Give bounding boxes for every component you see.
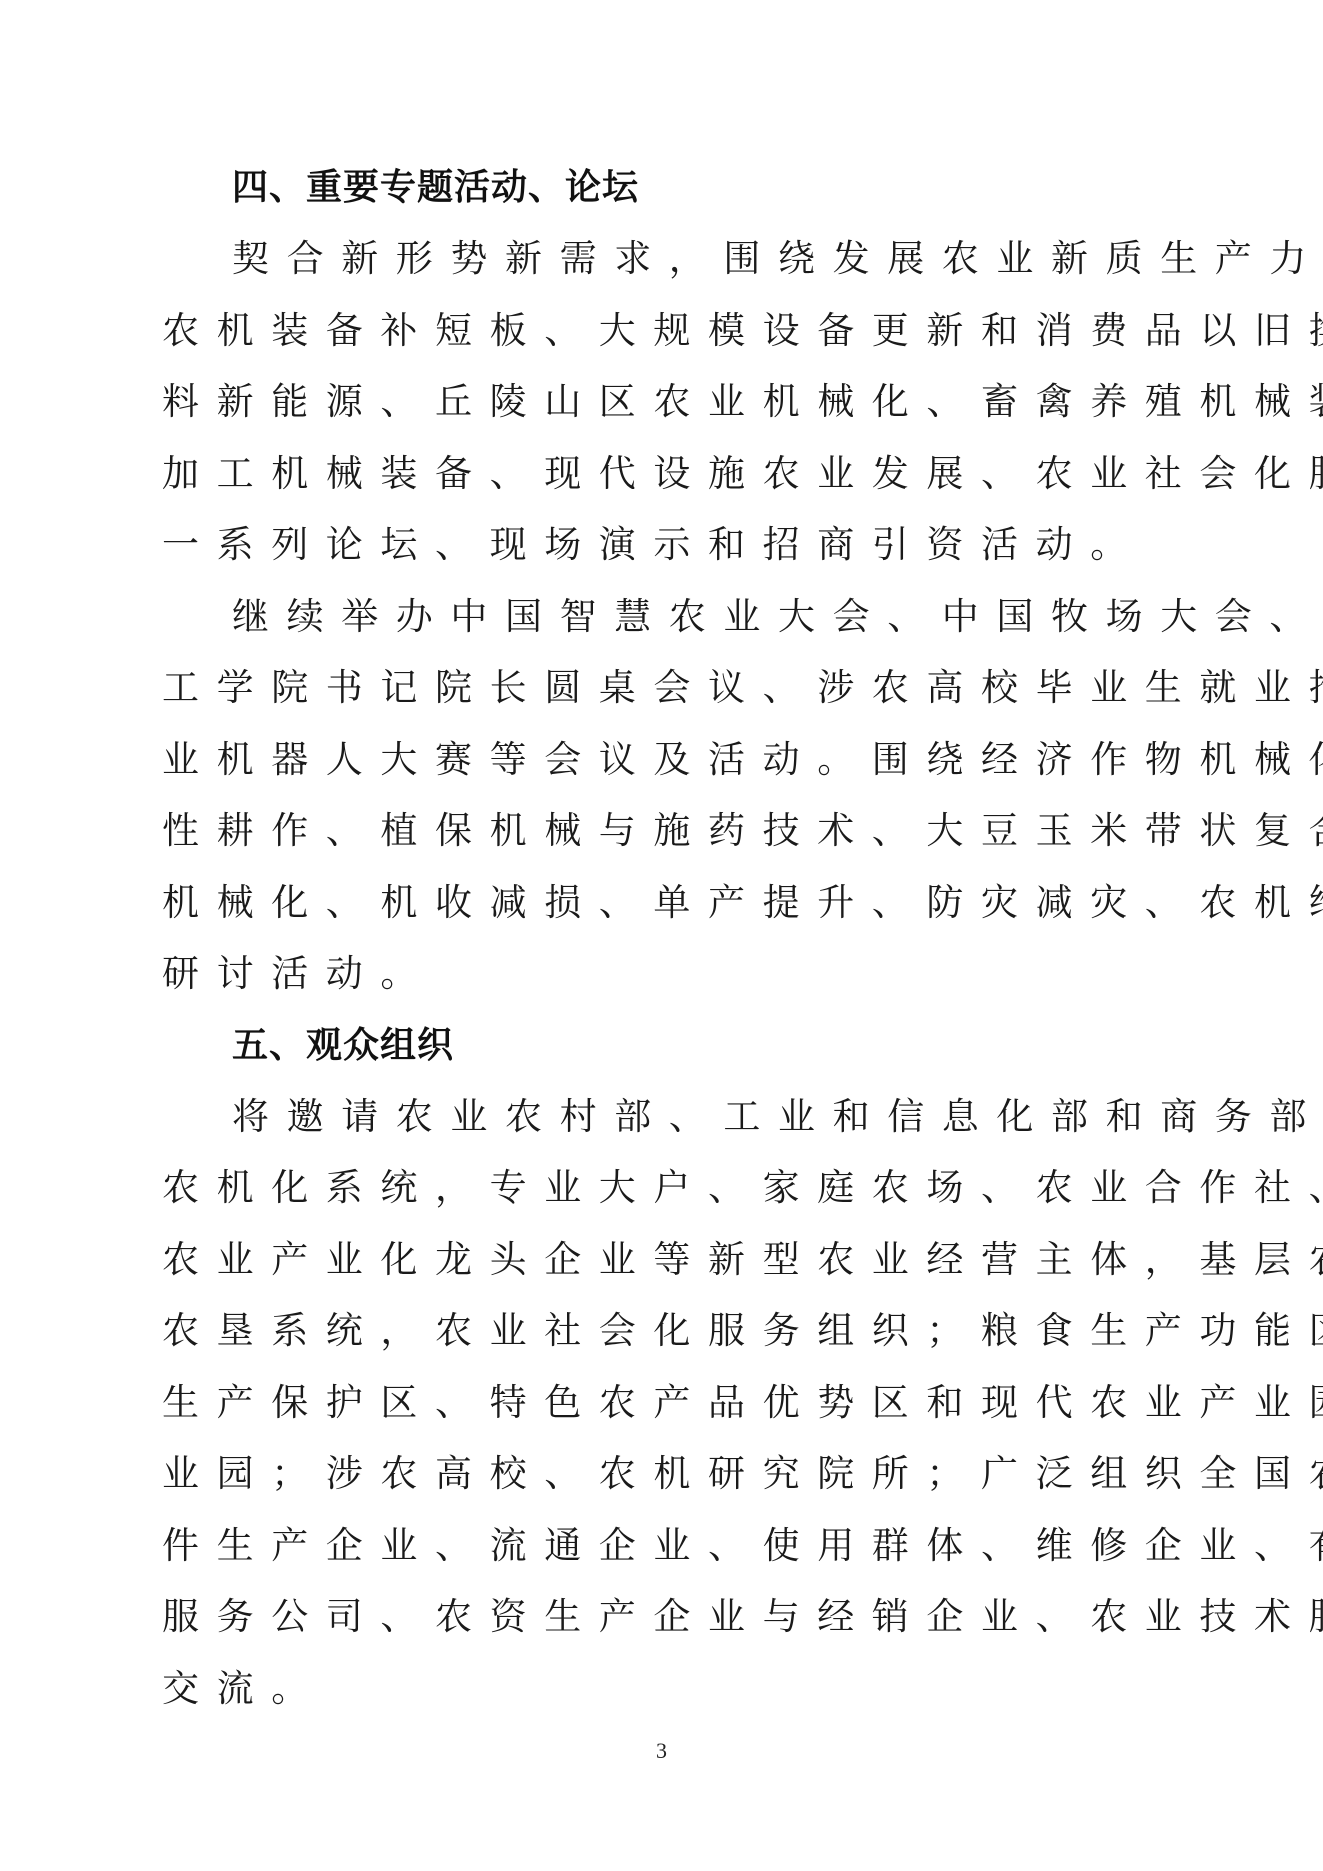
text-line: 工学院书记院长圆桌会议、涉农高校毕业生就业推荐会、中国农 xyxy=(162,652,1166,724)
text-line: 农垦系统，农业社会化服务组织；粮食生产功能区、重要农产品 xyxy=(162,1295,1166,1367)
text-line: 继续举办中国智慧农业大会、中国牧场大会、全国涉农高校 xyxy=(162,581,1166,653)
page-number: 3 xyxy=(0,1738,1323,1764)
text-line: 研讨活动。 xyxy=(162,938,1166,1010)
text-line: 业机器人大赛等会议及活动。围绕经济作物机械化、黑土地保护 xyxy=(162,724,1166,796)
text-line: 服务公司、农资生产企业与经销企业、农业技术服务公司等参会 xyxy=(162,1581,1166,1653)
text-line: 加工机械装备、现代设施农业发展、农业社会化服务等方面举办 xyxy=(162,438,1166,510)
text-line: 业园；涉农高校、农机研究院所；广泛组织全国农机整机与零部 xyxy=(162,1438,1166,1510)
text-line: 交流。 xyxy=(162,1653,1166,1725)
text-line: 机械化、机收减损、单产提升、防灾减灾、农机维修等开展相关 xyxy=(162,867,1166,939)
text-line: 性耕作、植保机械与施药技术、大豆玉米带状复合种植、中药材 xyxy=(162,795,1166,867)
section-heading-5: 五、观众组织 xyxy=(162,1010,1166,1081)
paragraph-5-1: 将邀请农业农村部、工业和信息化部和商务部等主管部门、 农机化系统，专业大户、家庭… xyxy=(162,1081,1166,1725)
section-heading-4: 四、重要专题活动、论坛 xyxy=(162,152,1166,223)
text-line: 农机装备补短板、大规模设备更新和消费品以旧换新、农机新材 xyxy=(162,295,1166,367)
text-line: 件生产企业、流通企业、使用群体、维修企业、有形市场、产业 xyxy=(162,1510,1166,1582)
text-line: 契合新形势新需求，围绕发展农业新质生产力、“一大一小” xyxy=(162,223,1166,295)
text-line: 农业产业化龙头企业等新型农业经营主体，基层农机手，兵团、 xyxy=(162,1224,1166,1296)
text-line: 料新能源、丘陵山区农业机械化、畜禽养殖机械装备、农副产品 xyxy=(162,366,1166,438)
document-page: 四、重要专题活动、论坛 契合新形势新需求，围绕发展农业新质生产力、“一大一小” … xyxy=(162,152,1166,1724)
text-line: 农机化系统，专业大户、家庭农场、农业合作社、农机合作社、 xyxy=(162,1152,1166,1224)
paragraph-4-2: 继续举办中国智慧农业大会、中国牧场大会、全国涉农高校 工学院书记院长圆桌会议、涉… xyxy=(162,581,1166,1010)
text-line: 一系列论坛、现场演示和招商引资活动。 xyxy=(162,509,1166,581)
paragraph-4-1: 契合新形势新需求，围绕发展农业新质生产力、“一大一小” 农机装备补短板、大规模设… xyxy=(162,223,1166,581)
text-line: 生产保护区、特色农产品优势区和现代农业产业园、科技园、创 xyxy=(162,1367,1166,1439)
text-line: 将邀请农业农村部、工业和信息化部和商务部等主管部门、 xyxy=(162,1081,1166,1153)
